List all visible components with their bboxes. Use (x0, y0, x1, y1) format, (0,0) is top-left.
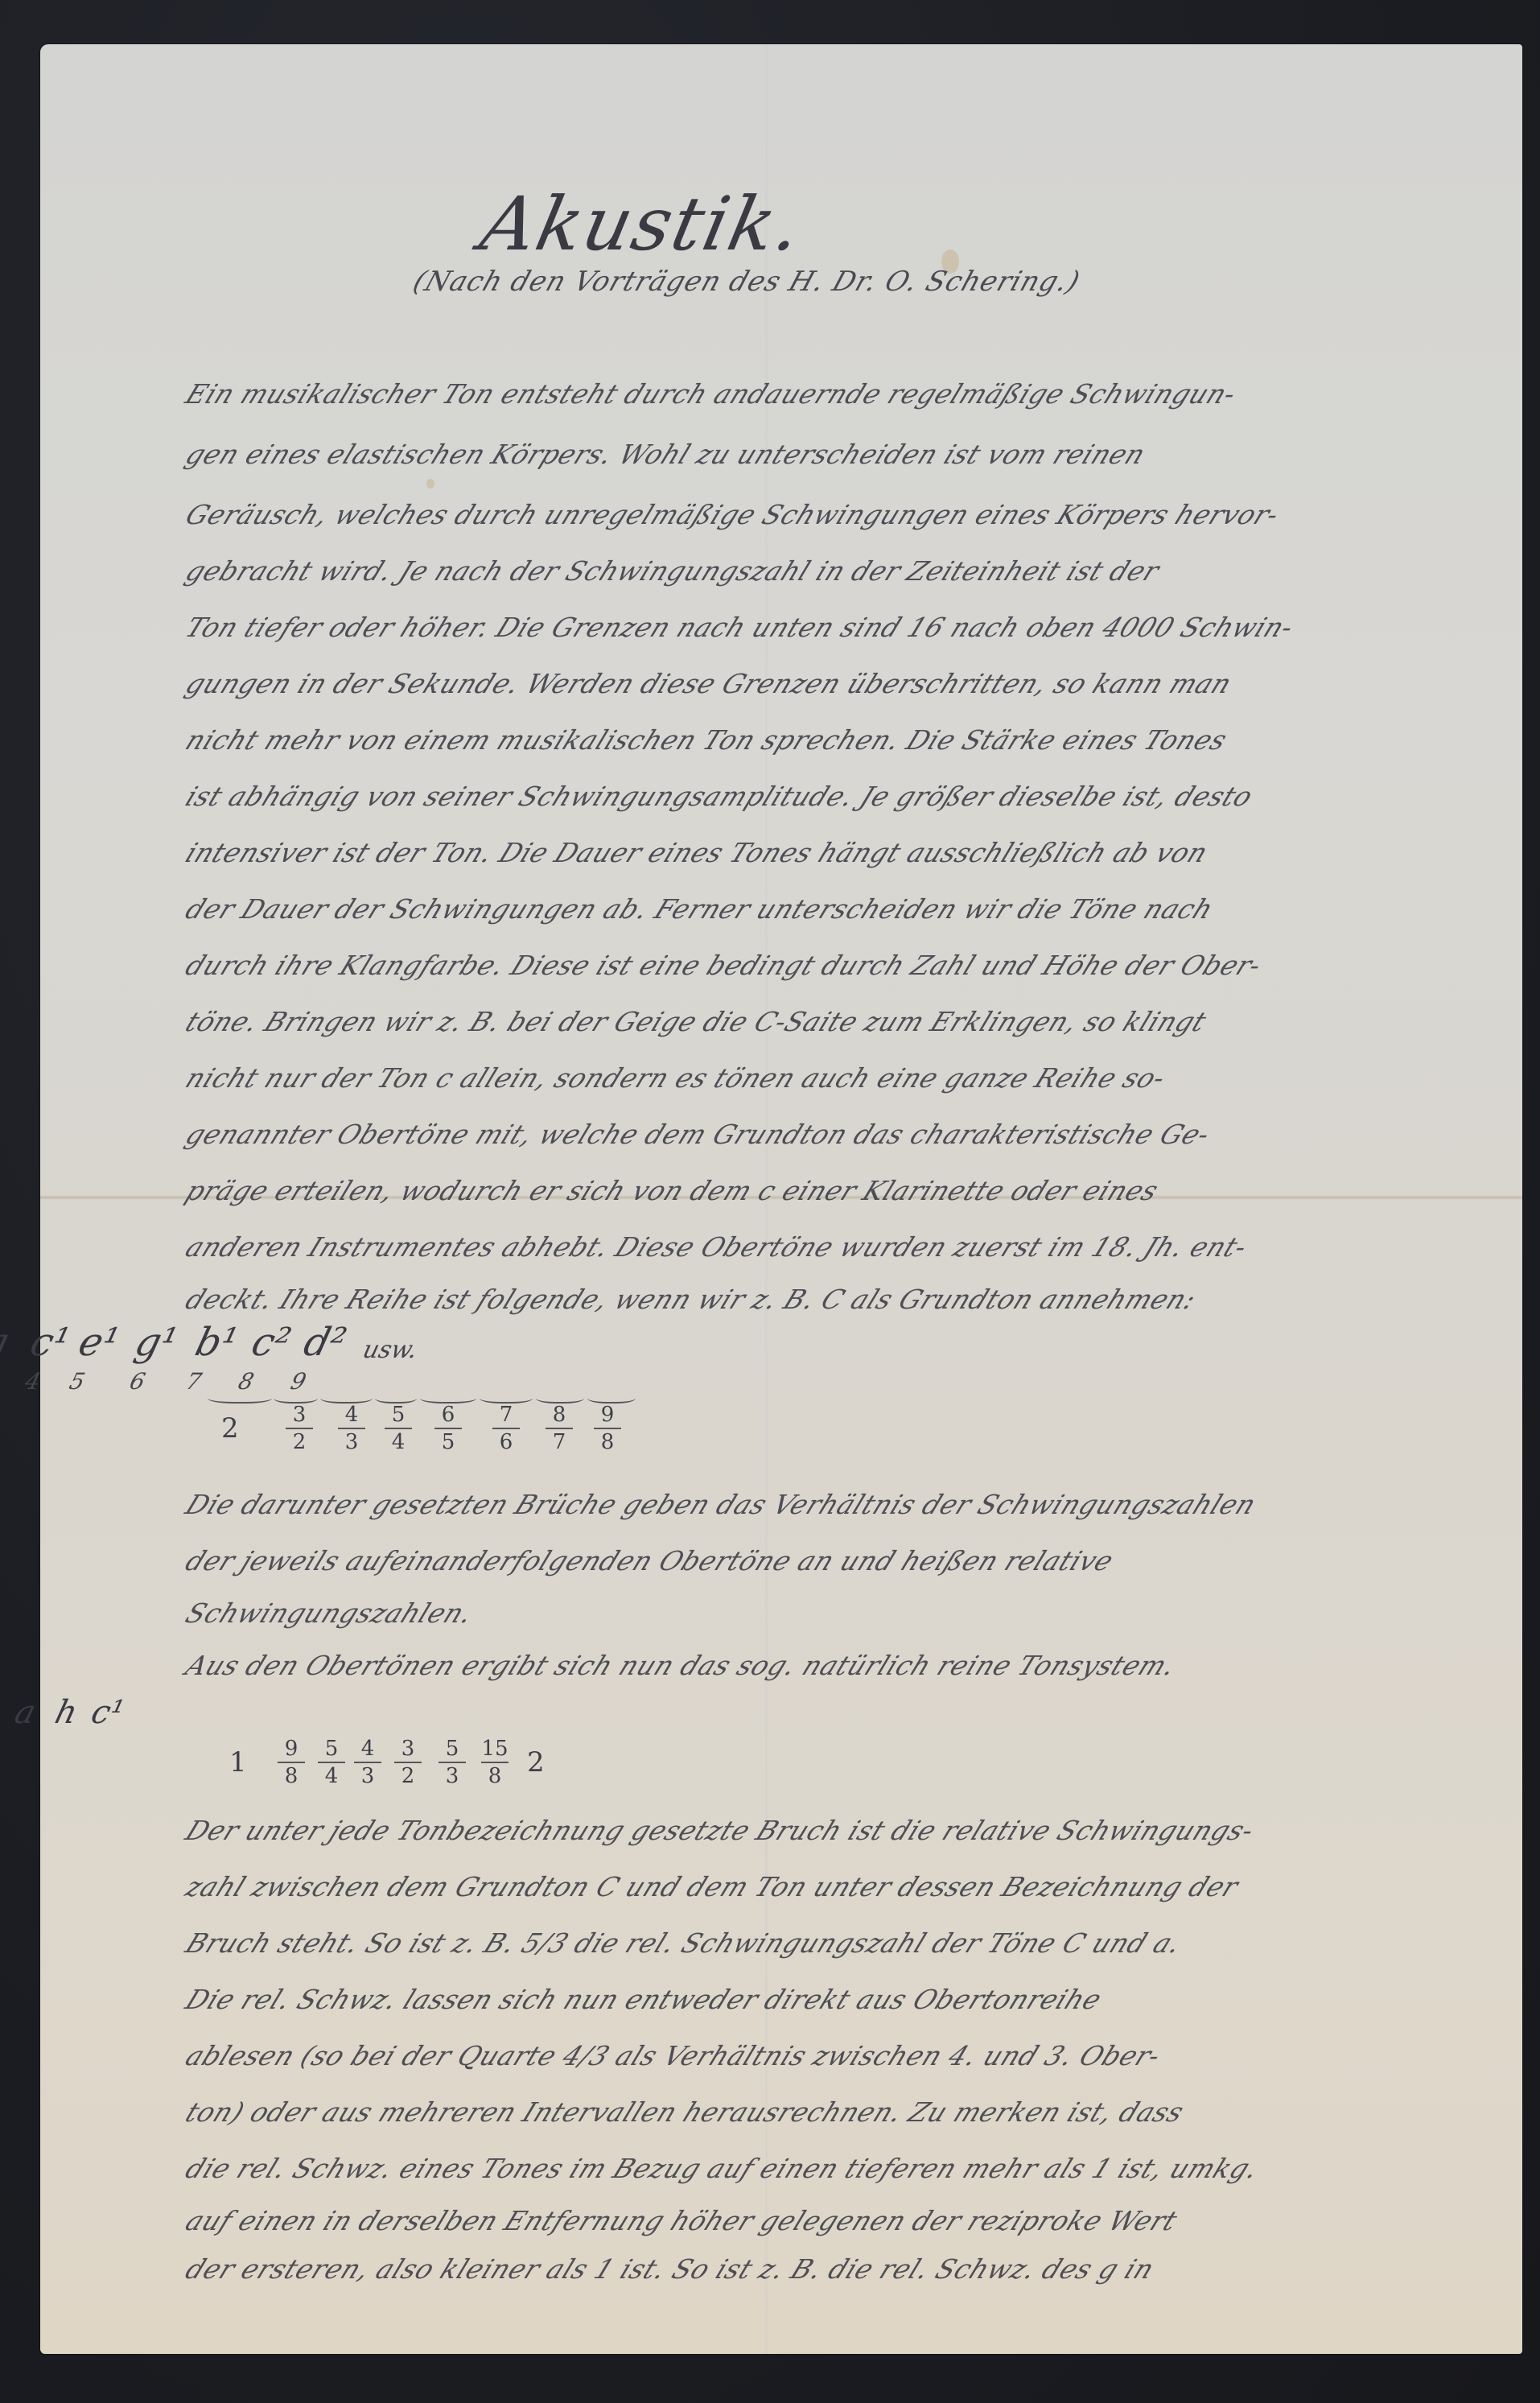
interval-brace (375, 1391, 417, 1403)
text-line: präge erteilen, wodurch er sich von dem … (181, 1175, 1163, 1206)
text-line: nicht nur der Ton c allein, sondern es t… (181, 1062, 1171, 1094)
interval-brace (208, 1391, 272, 1403)
overtone-suffix: usw. (360, 1336, 420, 1364)
text-line: deckt. Ihre Reihe ist folgende, wenn wir… (181, 1284, 1201, 1315)
text-line: ton) oder aus mehreren Intervallen herau… (181, 2096, 1189, 2128)
overtone-ratio: 43 (338, 1404, 365, 1453)
interval-brace (320, 1391, 373, 1403)
text-line: genannter Obertöne mit, welche dem Grund… (181, 1119, 1215, 1150)
interval-brace (587, 1391, 636, 1403)
text-line: nicht mehr von einem musikalischen Ton s… (181, 724, 1232, 756)
interval-brace (274, 1391, 318, 1403)
page-subtitle: (Nach den Vorträgen des H. Dr. O. Scheri… (410, 266, 1085, 298)
text-line: gen eines elastischen Körpers. Wohl zu u… (181, 439, 1151, 470)
text-line: töne. Bringen wir z. B. bei der Geige di… (181, 1006, 1212, 1037)
text-line: auf einen in derselben Entfernung höher … (181, 2205, 1182, 2236)
text-line: der ersteren, also kleiner als 1 ist. So… (181, 2253, 1159, 2285)
interval-brace (480, 1391, 533, 1403)
text-line: der jeweils aufeinanderfolgenden Obertön… (181, 1545, 1118, 1577)
scale-ratio: 43 (354, 1738, 381, 1787)
text-line: Die darunter gesetzten Brüche geben das … (181, 1489, 1261, 1520)
interval-brace (420, 1391, 476, 1403)
text-line: gebracht wird. Je nach der Schwingungsza… (181, 555, 1164, 587)
scale-ratio: 2 (527, 1746, 545, 1779)
text-line: ablesen (so bei der Quarte 4/3 als Verhä… (181, 2040, 1166, 2071)
overtone-ratio: 76 (492, 1404, 520, 1453)
text-line: Die rel. Schwz. lassen sich nun entweder… (181, 1984, 1106, 2015)
text-line: Schwingungszahlen. (181, 1597, 478, 1629)
overtone-ratio: 32 (286, 1404, 313, 1453)
interval-brace (536, 1391, 584, 1403)
scale-ratio: 158 (481, 1738, 509, 1787)
overtone-ratio: 87 (546, 1404, 573, 1453)
scale-ratio: 54 (318, 1738, 345, 1787)
text-line: Bruch steht. So ist z. B. 5/3 die rel. S… (181, 1927, 1186, 1959)
text-line: anderen Instrumentes abhebt. Diese Obert… (181, 1231, 1252, 1263)
text-line: ist abhängig von seiner Schwingungsampli… (181, 781, 1258, 812)
text-line: intensiver ist der Ton. Die Dauer eines … (181, 837, 1213, 868)
overtone-ratio: 65 (434, 1404, 462, 1453)
page-title: Akustik. (474, 181, 811, 267)
text-line: die rel. Schwz. eines Tones im Bezug auf… (181, 2153, 1264, 2184)
overtone-ratio: 98 (594, 1404, 621, 1453)
text-line: Ton tiefer oder höher. Die Grenzen nach … (181, 612, 1299, 643)
scale-ratio: 53 (439, 1738, 466, 1787)
overtone-ratio: 54 (385, 1404, 412, 1453)
paper-stain (426, 479, 434, 488)
scale-ratio: 1 (229, 1746, 247, 1779)
text-line: Aus den Obertönen ergibt sich nun das so… (181, 1650, 1181, 1681)
overtone-ratio: 2 (221, 1412, 239, 1445)
text-line: Ein musikalischer Ton entsteht durch and… (181, 378, 1241, 410)
text-line: Geräusch, welches durch unregelmäßige Sc… (181, 499, 1284, 530)
text-line: der Dauer der Schwingungen ab. Ferner un… (181, 893, 1218, 925)
text-line: zahl zwischen dem Grundton C und dem Ton… (181, 1871, 1243, 1902)
text-line: gungen in der Sekunde. Werden diese Gren… (181, 668, 1237, 699)
text-line: Der unter jede Tonbezeichnung gesetzte B… (181, 1815, 1259, 1846)
text-line: durch ihre Klangfarbe. Diese ist eine be… (181, 950, 1266, 981)
scale-ratio: 32 (394, 1738, 422, 1787)
scale-ratio: 98 (278, 1738, 305, 1787)
